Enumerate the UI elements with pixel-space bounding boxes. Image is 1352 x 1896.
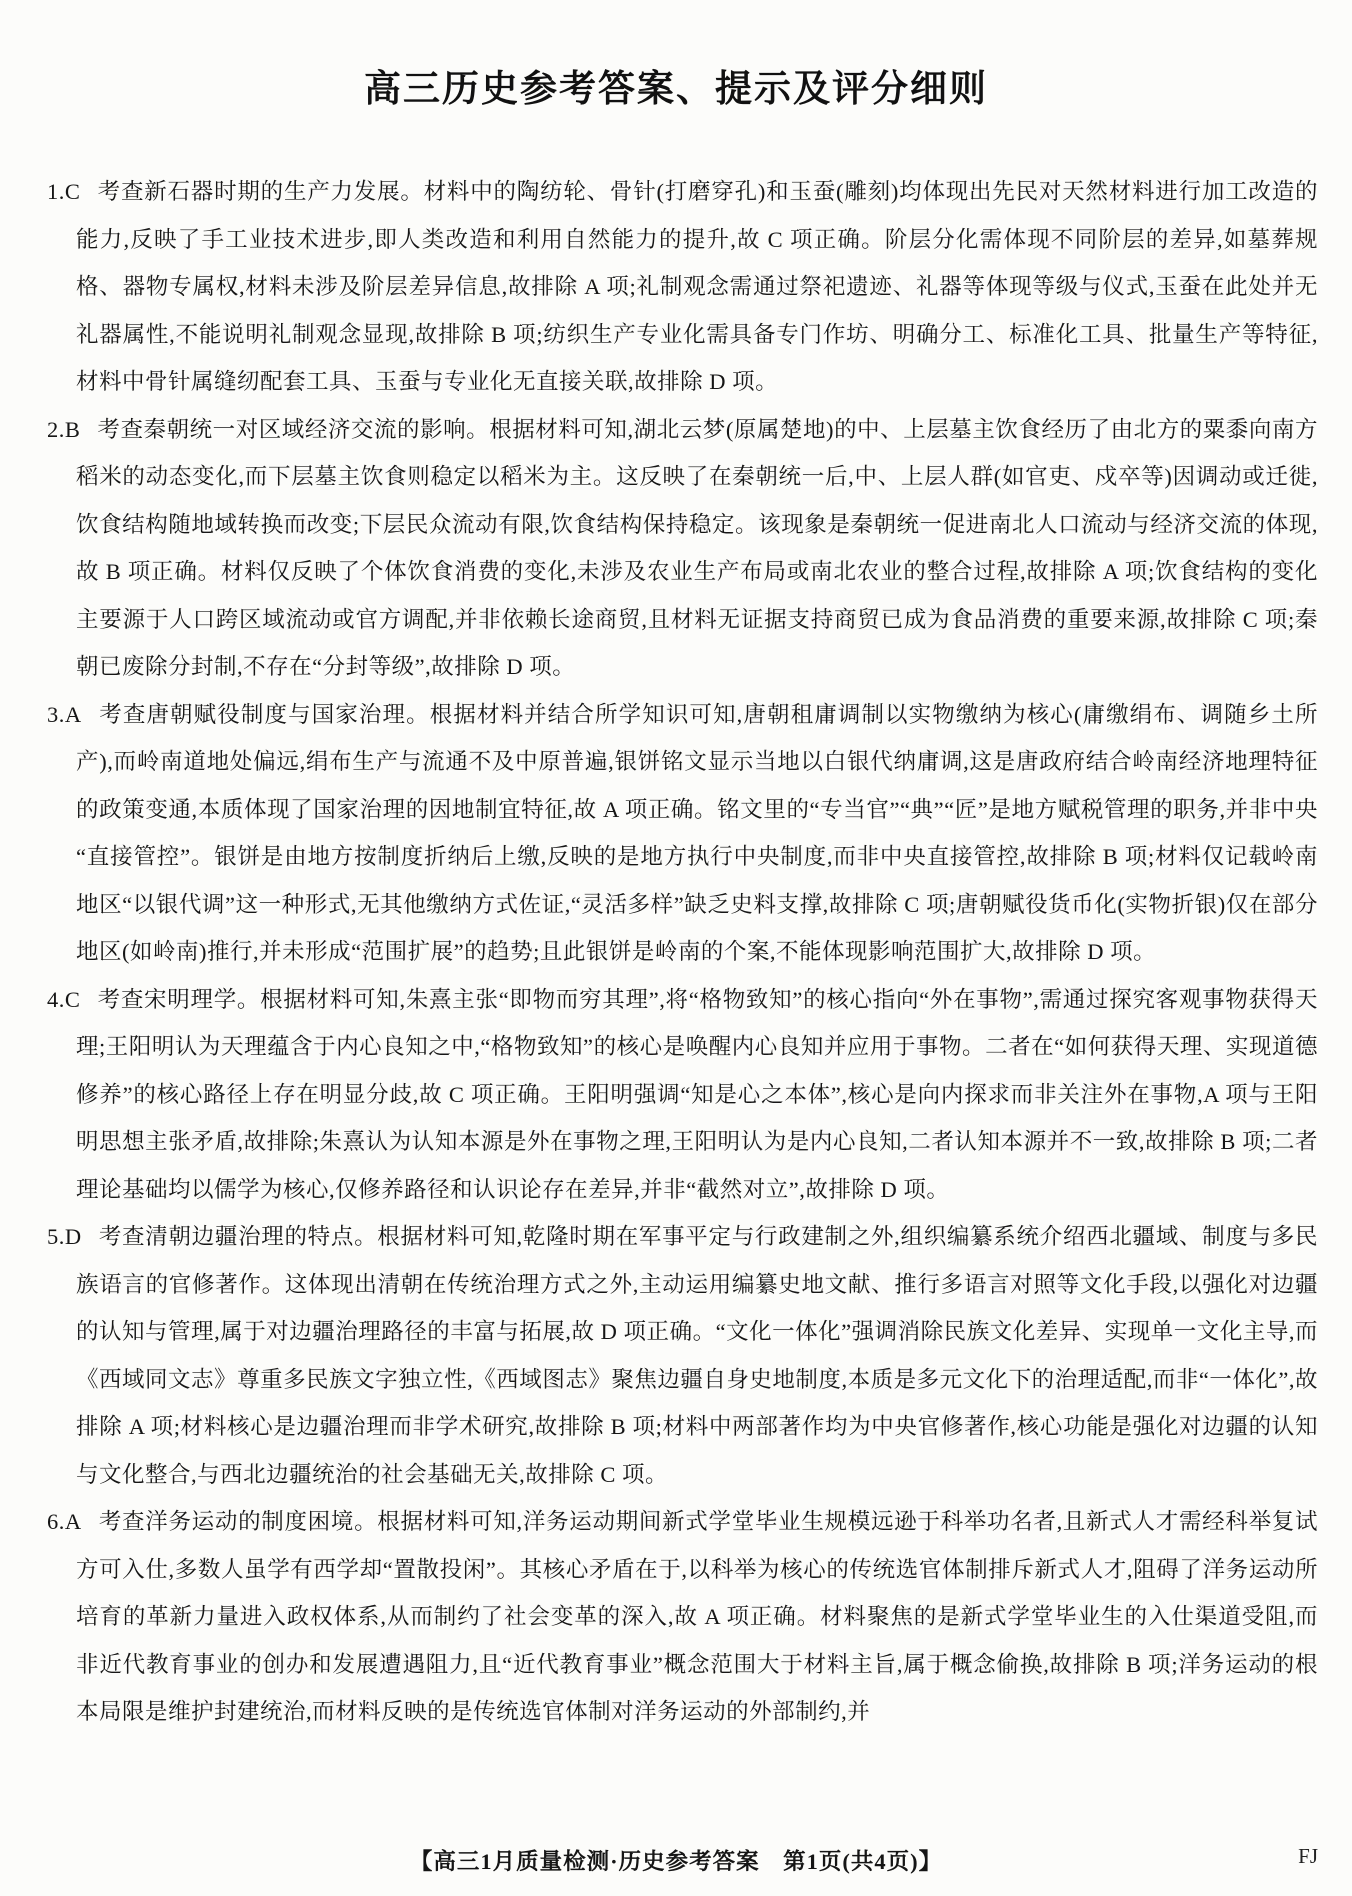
question-6-explanation: 考查洋务运动的制度困境。根据材料可知,洋务运动期间新式学堂毕业生规模远逊于科举功… [76, 1509, 1318, 1724]
question-5-number-answer: 5.D [47, 1213, 82, 1261]
question-1-explanation: 考查新石器时期的生产力发展。材料中的陶纺轮、骨针(打磨穿孔)和玉蚕(雕刻)均体现… [76, 179, 1318, 394]
question-3-explanation: 考查唐朝赋役制度与国家治理。根据材料并结合所学知识可知,唐朝租庸调制以实物缴纳为… [76, 702, 1318, 965]
footer-exam-label: 【高三1月质量检测·历史参考答案 第1页(共4页)】 [0, 1844, 1352, 1876]
answer-item-1: 1.C考查新石器时期的生产力发展。材料中的陶纺轮、骨针(打磨穿孔)和玉蚕(雕刻)… [47, 168, 1318, 406]
answers-list: 1.C考查新石器时期的生产力发展。材料中的陶纺轮、骨针(打磨穿孔)和玉蚕(雕刻)… [47, 168, 1318, 1736]
page-footer: 【高三1月质量检测·历史参考答案 第1页(共4页)】 FJ [0, 1844, 1352, 1874]
answer-item-4: 4.C考查宋明理学。根据材料可知,朱熹主张“即物而穷其理”,将“格物致知”的核心… [47, 976, 1318, 1214]
answer-item-3: 3.A考查唐朝赋役制度与国家治理。根据材料并结合所学知识可知,唐朝租庸调制以实物… [47, 691, 1318, 976]
question-4-explanation: 考查宋明理学。根据材料可知,朱熹主张“即物而穷其理”,将“格物致知”的核心指向“… [76, 987, 1318, 1202]
question-2-explanation: 考查秦朝统一对区域经济交流的影响。根据材料可知,湖北云梦(原属楚地)的中、上层墓… [76, 417, 1318, 680]
question-3-number-answer: 3.A [47, 691, 82, 739]
question-6-number-answer: 6.A [47, 1498, 82, 1546]
answer-key-page: 高三历史参考答案、提示及评分细则 1.C考查新石器时期的生产力发展。材料中的陶纺… [0, 0, 1352, 1896]
footer-page-code: FJ [1298, 1844, 1318, 1869]
question-2-number-answer: 2.B [47, 406, 80, 454]
question-1-number-answer: 1.C [47, 168, 80, 216]
answer-item-2: 2.B考查秦朝统一对区域经济交流的影响。根据材料可知,湖北云梦(原属楚地)的中、… [47, 406, 1318, 691]
answer-item-5: 5.D考查清朝边疆治理的特点。根据材料可知,乾隆时期在军事平定与行政建制之外,组… [47, 1213, 1318, 1498]
page-title: 高三历史参考答案、提示及评分细则 [0, 58, 1352, 112]
answer-item-6: 6.A考查洋务运动的制度困境。根据材料可知,洋务运动期间新式学堂毕业生规模远逊于… [47, 1498, 1318, 1736]
question-5-explanation: 考查清朝边疆治理的特点。根据材料可知,乾隆时期在军事平定与行政建制之外,组织编纂… [76, 1224, 1318, 1487]
question-4-number-answer: 4.C [47, 976, 80, 1024]
